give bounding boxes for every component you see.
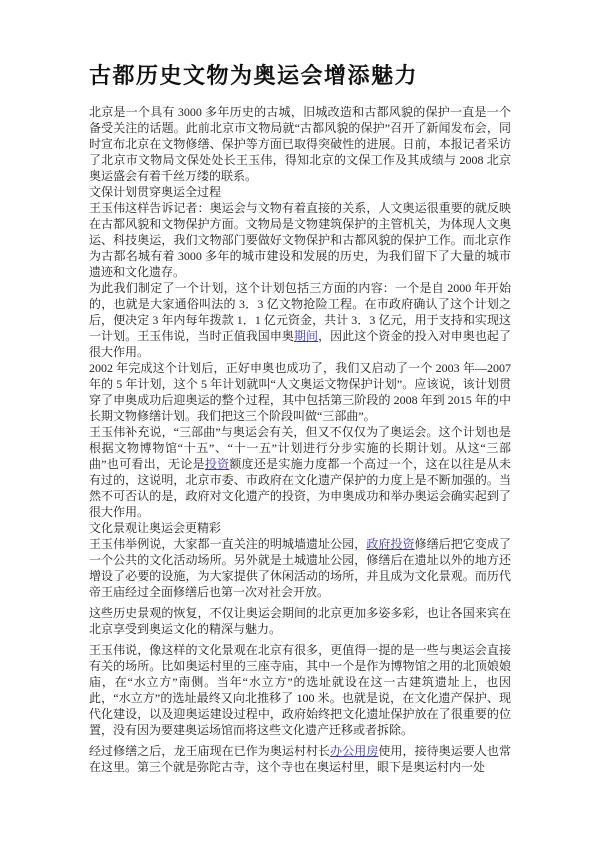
- inline-hyperlink[interactable]: 政府投资: [366, 537, 414, 551]
- paragraph: 这些历史景观的恢复，不仅让奥运会期间的北京更加多姿多彩，也让各国来宾在北京享受到…: [89, 605, 511, 637]
- paragraph: 王玉伟举例说，大家都一直关注的明城墙遗址公园，政府投资修缮后把它变成了一个公共的…: [89, 536, 511, 600]
- document-title: 古都历史文物为奥运会增添魅力: [89, 62, 511, 90]
- text-run: 王玉伟说，像这样的文化景观在北京有很多，更值得一提的是一些与奥运会直接有关的场所…: [89, 643, 511, 737]
- section-heading: 文保计划贯穿奥运全过程: [89, 184, 511, 200]
- paragraph: 2002 年完成这个计划后，正好申奥也成功了，我们又启动了一个 2003 年—2…: [89, 360, 511, 424]
- section-heading: 文化景观让奥运会更精彩: [89, 520, 511, 536]
- text-run: 文保计划贯穿奥运全过程: [89, 185, 221, 199]
- text-run: 这些历史景观的恢复，不仅让奥运会期间的北京更加多姿多彩，也让各国来宾在北京享受到…: [89, 606, 511, 636]
- text-run: 经过修缮之后，龙王庙现在已作为奥运村村长: [89, 744, 330, 758]
- paragraph: 北京是一个具有 3000 多年历史的古城，旧城改造和古都风貌的保护一直是一个备受…: [89, 104, 511, 184]
- document-body: 北京是一个具有 3000 多年历史的古城，旧城改造和古都风貌的保护一直是一个备受…: [89, 104, 511, 775]
- inline-hyperlink[interactable]: 投资: [205, 457, 230, 471]
- text-run: 文化景观让奥运会更精彩: [89, 521, 221, 535]
- text-run: 北京是一个具有 3000 多年历史的古城，旧城改造和古都风貌的保护一直是一个备受…: [89, 105, 511, 183]
- paragraph: 为此我们制定了一个计划，这个计划包括三方面的内容：一个是自 2000 年开始的，…: [89, 280, 511, 360]
- paragraph: 王玉伟补充说，“三部曲”与奥运会有关，但又不仅仅为了奥运会。这个计划也是根据文物…: [89, 424, 511, 520]
- text-run: 王玉伟举例说，大家都一直关注的明城墙遗址公园，: [89, 537, 366, 551]
- document-page: 古都历史文物为奥运会增添魅力 北京是一个具有 3000 多年历史的古城，旧城改造…: [0, 0, 595, 842]
- paragraph: 王玉伟说，像这样的文化景观在北京有很多，更值得一提的是一些与奥运会直接有关的场所…: [89, 642, 511, 738]
- inline-hyperlink[interactable]: 办公用房: [330, 744, 378, 758]
- inline-hyperlink[interactable]: 期间: [294, 329, 318, 343]
- text-run: 2002 年完成这个计划后，正好申奥也成功了，我们又启动了一个 2003 年—2…: [89, 361, 511, 423]
- paragraph: 王玉伟这样告诉记者：奥运会与文物有着直接的关系，人文奥运很重要的就反映在古都风貌…: [89, 200, 511, 280]
- text-run: 王玉伟这样告诉记者：奥运会与文物有着直接的关系，人文奥运很重要的就反映在古都风貌…: [89, 201, 511, 279]
- paragraph: 经过修缮之后，龙王庙现在已作为奥运村村长办公用房使用，接待奥运要人也常在这里。第…: [89, 743, 511, 775]
